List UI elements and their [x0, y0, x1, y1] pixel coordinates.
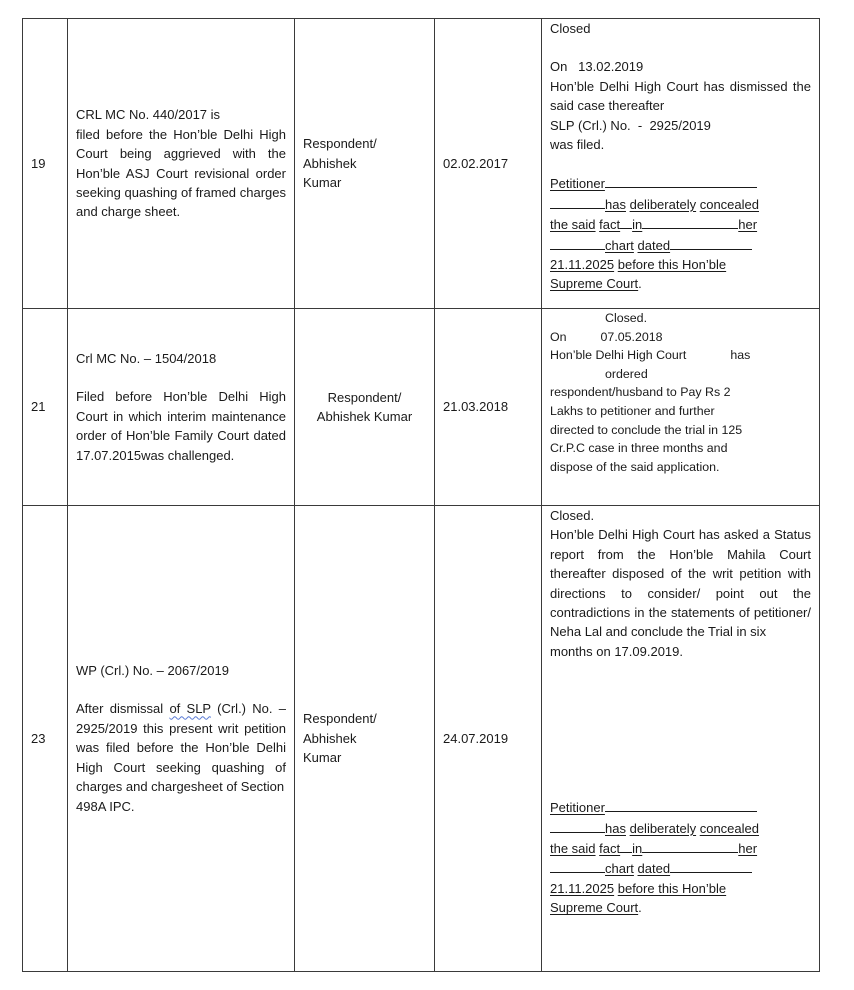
spellcheck-flag: of SLP: [169, 701, 210, 716]
status-on-date: On 13.02.2019: [550, 57, 811, 76]
serial-number: 23: [23, 506, 68, 972]
status-filed: was filed.: [550, 135, 811, 154]
case-body-end: 498A IPC.: [76, 797, 286, 816]
case-line: filed before the Hon’ble Delhi High Cour…: [76, 125, 286, 222]
table-row: 21 Crl MC No. – 1504/2018 Filed before H…: [23, 309, 820, 506]
filing-date: 02.02.2017: [435, 19, 542, 309]
party-cell: Respondent/ Abhishek Kumar: [295, 309, 435, 506]
concealment-note: Petitioner has deliberately concealed th…: [550, 797, 811, 917]
status-on-date: On07.05.2018: [550, 328, 811, 347]
status-title: Closed.: [550, 309, 811, 328]
party-line: Respondent/: [303, 709, 426, 728]
status-slp: SLP (Crl.) No. - 2925/2019: [550, 116, 811, 135]
status-cell: Closed. Hon’ble Delhi High Court has ask…: [542, 506, 820, 972]
status-body: Hon’ble Delhi High Court has asked a Sta…: [550, 525, 811, 641]
case-description: CRL MC No. 440/2017 is filed before the …: [68, 19, 295, 309]
case-body: Filed before Hon’ble Delhi High Court in…: [76, 387, 286, 465]
case-title: WP (Crl.) No. – 2067/2019: [76, 661, 286, 680]
status-line: Lakhs to petitioner and further: [550, 402, 811, 421]
status-line: dispose of the said application.: [550, 458, 811, 477]
table-row: 23 WP (Crl.) No. – 2067/2019 After dismi…: [23, 506, 820, 972]
case-body: After dismissal of SLP (Crl.) No. – 2925…: [76, 699, 286, 796]
status-line: Hon’ble Delhi High Courthas: [550, 346, 811, 365]
case-details-table: 19 CRL MC No. 440/2017 is filed before t…: [22, 18, 820, 972]
party-cell: Respondent/ Abhishek Kumar: [295, 506, 435, 972]
status-cell: Closed. On07.05.2018 Hon’ble Delhi High …: [542, 309, 820, 506]
status-body: Hon’ble Delhi High Court has dismissed t…: [550, 77, 811, 116]
status-end: months on 17.09.2019.: [550, 642, 811, 661]
status-line: directed to conclude the trial in 125: [550, 421, 811, 440]
filing-date: 24.07.2019: [435, 506, 542, 972]
case-description: WP (Crl.) No. – 2067/2019 After dismissa…: [68, 506, 295, 972]
party-cell: Respondent/ Abhishek Kumar: [295, 19, 435, 309]
serial-number: 21: [23, 309, 68, 506]
concealment-note: Petitioner has deliberately concealed th…: [550, 173, 811, 293]
status-line: Cr.P.C case in three months and: [550, 439, 811, 458]
case-line: CRL MC No. 440/2017 is: [76, 105, 286, 124]
case-description: Crl MC No. – 1504/2018 Filed before Hon’…: [68, 309, 295, 506]
serial-number: 19: [23, 19, 68, 309]
party-line: Respondent/: [303, 134, 426, 153]
table-row: 19 CRL MC No. 440/2017 is filed before t…: [23, 19, 820, 309]
party-line: Abhishek: [303, 154, 426, 173]
filing-date: 21.03.2018: [435, 309, 542, 506]
party-line: Kumar: [303, 748, 426, 767]
status-title: Closed: [550, 19, 811, 38]
status-line: ordered: [550, 365, 811, 384]
status-cell: Closed On 13.02.2019 Hon’ble Delhi High …: [542, 19, 820, 309]
case-title: Crl MC No. – 1504/2018: [76, 349, 286, 368]
status-line: respondent/husband to Pay Rs 2: [550, 383, 811, 402]
status-title: Closed.: [550, 506, 811, 525]
party-line: Kumar: [303, 173, 426, 192]
party-line: Abhishek: [303, 729, 426, 748]
